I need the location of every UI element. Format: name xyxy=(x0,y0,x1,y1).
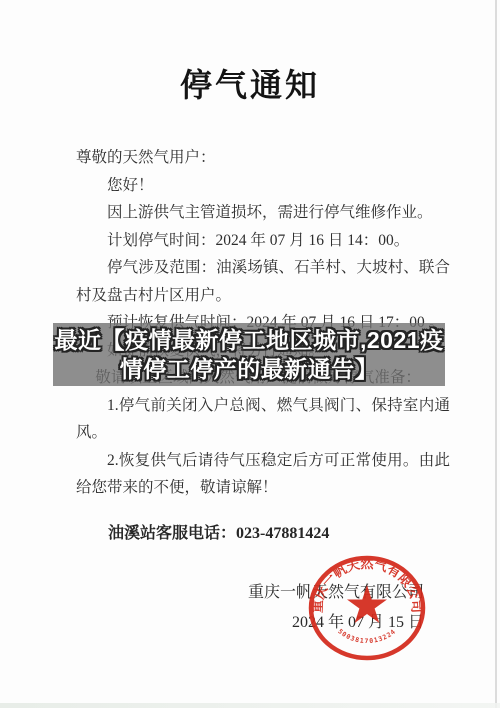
photo-bottom-strip xyxy=(0,703,500,708)
greeting-line: 您好！ xyxy=(76,172,450,200)
affected-area-line: 停气涉及范围：油溪场镇、石羊村、大坡村、联合村及盘古村片区用户。 xyxy=(76,254,450,309)
seal-serial-number: 5003817013224 xyxy=(336,627,397,645)
company-seal-stamp: 重庆一帆天然气有限公司 5003817013224 xyxy=(306,554,428,662)
seal-star-icon xyxy=(347,585,387,623)
subtitle-line-2: 情停工停产的最新通告】 xyxy=(120,355,379,384)
notice-title: 停气通知 xyxy=(0,60,500,106)
tip-2-line: 2.恢复供气后请待气压稳定后方可正常使用。由此给您带来的不便，敬请谅解！ xyxy=(76,447,450,502)
notice-photo: 停气通知 尊敬的天然气用户： 您好！ 因上游供气主管道损坏，需进行停气维修作业。… xyxy=(0,0,500,708)
svg-text:5003817013224: 5003817013224 xyxy=(336,627,397,645)
tip-1-line: 1.停气前关闭入户总阀、燃气具阀门、保持室内通风。 xyxy=(76,392,450,447)
salutation-line: 尊敬的天然气用户： xyxy=(76,144,450,172)
customer-service-phone: 油溪站客服电话：023-47881424 xyxy=(76,520,450,547)
subtitle-line-1: 最近【疫情最新停工地区城市,2021疫 xyxy=(54,326,443,355)
reason-line: 因上游供气主管道损坏，需进行停气维修作业。 xyxy=(76,199,450,227)
photo-edge-line xyxy=(495,0,497,708)
subtitle-overlay-banner: 最近【疫情最新停工地区城市,2021疫 情停工停产的最新通告】 xyxy=(53,323,445,386)
planned-outage-time-line: 计划停气时间：2024 年 07 月 16 日 14：00。 xyxy=(76,227,450,255)
